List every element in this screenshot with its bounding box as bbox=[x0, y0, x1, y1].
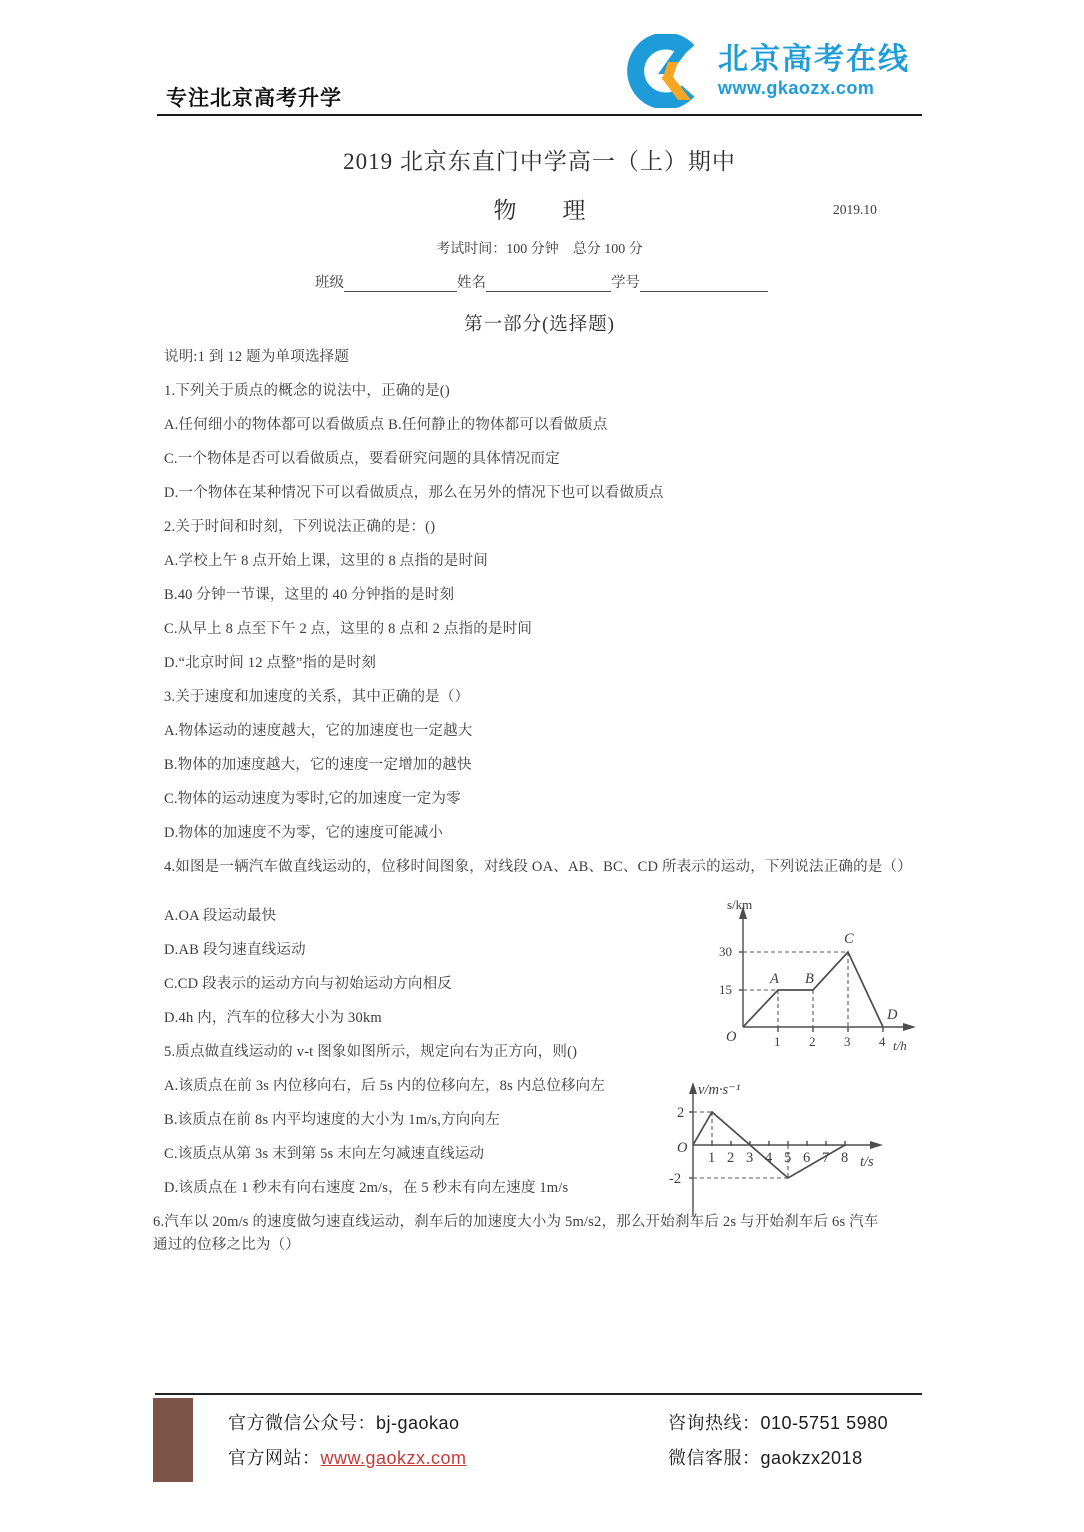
question-3-option-b: B.物体的加速度越大，它的速度一定增加的越快 bbox=[164, 758, 964, 773]
fig1-point-b-label: B bbox=[805, 971, 814, 987]
exam-paper-page: 专注北京高考升学 北京高考在线 www.gkaozx.com 2019 北京东直… bbox=[0, 0, 1084, 1532]
fig1-xtick-2: 2 bbox=[809, 1034, 816, 1049]
exam-title: 2019 北京东直门中学高一（上）期中 bbox=[157, 143, 922, 176]
fig2-xtick-5: 5 bbox=[784, 1150, 791, 1166]
footer-website-label: 官方网站： bbox=[228, 1448, 321, 1468]
fig1-xtick-4: 4 bbox=[879, 1034, 886, 1049]
fig1-point-a-label: A bbox=[769, 971, 779, 987]
id-blank-field bbox=[640, 275, 768, 292]
class-blank-field bbox=[344, 275, 457, 292]
fig2-ytick-2: 2 bbox=[677, 1105, 684, 1121]
fig1-ytick-15: 15 bbox=[719, 982, 732, 997]
question-3-option-a: A.物体运动的速度越大，它的加速度也一定越大 bbox=[164, 724, 964, 739]
class-label: 班级 bbox=[315, 275, 344, 291]
name-blank-field bbox=[486, 275, 611, 292]
fig1-point-d-label: D bbox=[886, 1007, 898, 1023]
fig1-ytick-30: 30 bbox=[719, 944, 732, 959]
question-4-text: 4.如图是一辆汽车做直线运动的，位移时间图象，对线段 OA、AB、BC、CD 所… bbox=[164, 860, 964, 875]
velocity-time-graph: v/m·s⁻¹ 2 O -2 1 2 3 4 5 6 7 8 t/s bbox=[650, 1076, 890, 1228]
exam-info: 考试时间：100 分钟 总分 100 分 bbox=[157, 238, 922, 258]
fig1-xlabel: t/h bbox=[893, 1038, 907, 1053]
footer-divider bbox=[155, 1393, 922, 1395]
question-1-option-c: C.一个物体是否可以看做质点，要看研究问题的具体情况而定 bbox=[164, 452, 964, 467]
question-1-option-d: D.一个物体在某种情况下可以看做质点，那么在另外的情况下也可以看做质点 bbox=[164, 486, 964, 501]
question-3-option-d: D.物体的加速度不为零，它的速度可能减小 bbox=[164, 826, 964, 841]
fig1-xtick-3: 3 bbox=[844, 1034, 851, 1049]
fig2-xtick-6: 6 bbox=[803, 1150, 810, 1166]
logo-brand-name: 北京高考在线 bbox=[718, 43, 910, 77]
header-tagline: 专注北京高考升学 bbox=[166, 82, 342, 112]
footer-accent-square bbox=[153, 1398, 193, 1482]
question-2-option-b: B.40 分钟一节课，这里的 40 分钟指的是时刻 bbox=[164, 588, 964, 603]
question-2-option-d: D.“北京时间 12 点整”指的是时刻 bbox=[164, 656, 964, 671]
displacement-time-graph: s/km 30 15 O 1 2 3 4 t/h A B C D bbox=[713, 893, 928, 1065]
fig2-axes bbox=[689, 1082, 883, 1216]
question-6-text-line-2: 通过的位移之比为（） bbox=[153, 1238, 964, 1253]
fig2-origin-label: O bbox=[677, 1140, 688, 1156]
fig2-xtick-2: 2 bbox=[727, 1150, 734, 1166]
exam-subject: 物 理 bbox=[157, 192, 922, 225]
fig2-xtick-3: 3 bbox=[746, 1150, 753, 1166]
fig2-xtick-7: 7 bbox=[822, 1150, 829, 1166]
fig1-xtick-1: 1 bbox=[774, 1034, 781, 1049]
question-2-option-a: A.学校上午 8 点开始上课，这里的 8 点指的是时间 bbox=[164, 554, 964, 569]
logo-text: 北京高考在线 www.gkaozx.com bbox=[718, 43, 910, 99]
header-divider bbox=[157, 114, 922, 116]
footer-wechat-account: 官方微信公众号：bj-gaokao bbox=[228, 1409, 460, 1435]
fig2-xlabel: t/s bbox=[860, 1154, 874, 1170]
question-2-text: 2.关于时间和时刻，下列说法正确的是：() bbox=[164, 520, 964, 535]
id-label: 学号 bbox=[611, 275, 640, 291]
logo-gk-icon bbox=[612, 34, 712, 108]
fig2-xtick-8: 8 bbox=[841, 1150, 848, 1166]
question-1-text: 1.下列关于质点的概念的说法中，正确的是() bbox=[164, 384, 964, 399]
question-3-text: 3.关于速度和加速度的关系，其中正确的是（） bbox=[164, 690, 964, 705]
section-note: 说明:1 到 12 题为单项选择题 bbox=[164, 350, 964, 365]
exam-date: 2019.10 bbox=[833, 202, 877, 218]
fig2-xtick-1: 1 bbox=[708, 1150, 715, 1166]
question-2-option-c: C.从早上 8 点至下午 2 点，这里的 8 点和 2 点指的是时间 bbox=[164, 622, 964, 637]
site-logo: 北京高考在线 www.gkaozx.com bbox=[612, 34, 910, 108]
fig2-xtick-4: 4 bbox=[765, 1150, 773, 1166]
footer-website-line: 官方网站：www.gaokzx.com bbox=[228, 1444, 467, 1470]
logo-website-url: www.gkaozx.com bbox=[718, 77, 910, 99]
fig2-ylabel: v/m·s⁻¹ bbox=[698, 1082, 740, 1098]
footer-wechat-service: 微信客服：gaokzx2018 bbox=[668, 1444, 863, 1470]
student-fields-row: 班级姓名学号 bbox=[315, 271, 768, 292]
footer-website-link[interactable]: www.gaokzx.com bbox=[321, 1448, 467, 1468]
fig1-point-c-label: C bbox=[844, 931, 854, 947]
fig1-ylabel: s/km bbox=[727, 897, 752, 912]
name-label: 姓名 bbox=[457, 275, 486, 291]
fig2-ytick-neg2: -2 bbox=[669, 1171, 681, 1187]
question-1-option-ab: A.任何细小的物体都可以看做质点 B.任何静止的物体都可以看做质点 bbox=[164, 418, 964, 433]
section-heading: 第一部分(选择题) bbox=[157, 310, 922, 336]
footer-hotline: 咨询热线：010-5751 5980 bbox=[668, 1409, 888, 1435]
question-3-option-c: C.物体的运动速度为零时,它的加速度一定为零 bbox=[164, 792, 964, 807]
fig1-origin-label: O bbox=[726, 1029, 737, 1045]
